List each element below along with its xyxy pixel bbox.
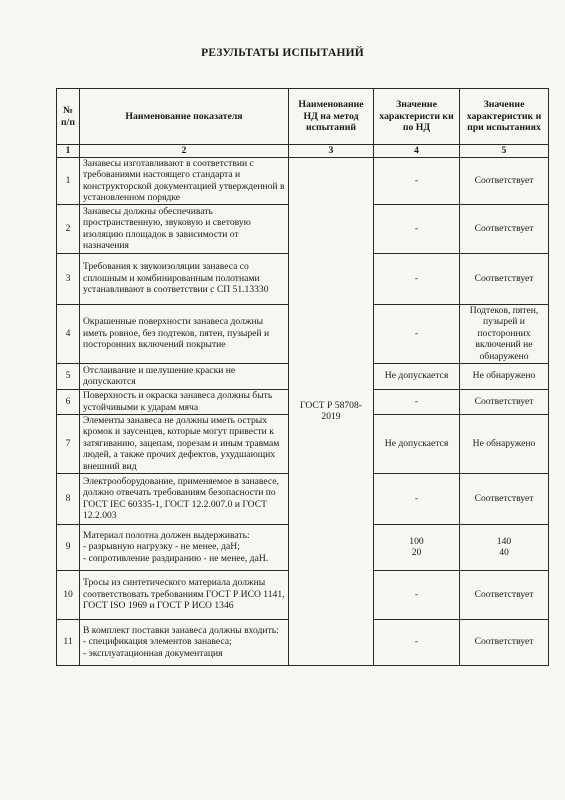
indicator-name: Электрооборудование, применяемое в занав…	[80, 473, 289, 524]
row-number: 7	[57, 414, 80, 473]
column-number-row: 1 2 3 4 5	[57, 145, 549, 158]
nd-value: -	[374, 570, 460, 619]
row-number: 11	[57, 619, 80, 665]
header-num: № п/п	[57, 89, 80, 145]
method-standard: ГОСТ Р 58708-2019	[289, 157, 374, 665]
indicator-name: Материал полотна должен выдерживать: - р…	[80, 524, 289, 570]
indicator-name: Тросы из синтетического материала должны…	[80, 570, 289, 619]
indicator-name: Занавесы изготавливают в соответствии с …	[80, 157, 289, 204]
column-number: 1	[57, 145, 80, 158]
nd-value: -	[374, 253, 460, 304]
header-indicator: Наименование показателя	[80, 89, 289, 145]
indicator-name: Отслаивание и шелушение краски не допуск…	[80, 363, 289, 389]
nd-value: -	[374, 389, 460, 414]
test-result: Соответствует	[460, 619, 549, 665]
column-number: 2	[80, 145, 289, 158]
indicator-name: В комплект поставки занавеса должны вход…	[80, 619, 289, 665]
row-number: 6	[57, 389, 80, 414]
indicator-name: Поверхность и окраска занавеса должны бы…	[80, 389, 289, 414]
column-number: 3	[289, 145, 374, 158]
test-result: 140 40	[460, 524, 549, 570]
nd-value: 100 20	[374, 524, 460, 570]
column-number: 4	[374, 145, 460, 158]
header-nd-value: Значение характеристи ки по НД	[374, 89, 460, 145]
test-result: Соответствует	[460, 204, 549, 253]
header-test-value: Значение характеристик и при испытаниях	[460, 89, 549, 145]
row-number: 8	[57, 473, 80, 524]
test-result: Не обнаружено	[460, 414, 549, 473]
indicator-name: Требования к звукоизоляции занавеса со с…	[80, 253, 289, 304]
header-row: № п/п Наименование показателя Наименован…	[57, 89, 549, 145]
indicator-name: Занавесы должны обеспечивать пространств…	[80, 204, 289, 253]
nd-value: -	[374, 619, 460, 665]
page-title: РЕЗУЛЬТАТЫ ИСПЫТАНИЙ	[0, 47, 565, 59]
nd-value: -	[374, 473, 460, 524]
nd-value: -	[374, 204, 460, 253]
row-number: 5	[57, 363, 80, 389]
row-number: 10	[57, 570, 80, 619]
test-result: Соответствует	[460, 253, 549, 304]
test-result: Соответствует	[460, 473, 549, 524]
row-number: 9	[57, 524, 80, 570]
test-results-table: № п/п Наименование показателя Наименован…	[56, 88, 549, 666]
nd-value: Не допускается	[374, 414, 460, 473]
indicator-name: Элементы занавеса не должны иметь острых…	[80, 414, 289, 473]
nd-value: -	[374, 157, 460, 204]
test-result: Соответствует	[460, 570, 549, 619]
row-number: 1	[57, 157, 80, 204]
row-number: 3	[57, 253, 80, 304]
table-row: 1Занавесы изготавливают в соответствии с…	[57, 157, 549, 204]
column-number: 5	[460, 145, 549, 158]
header-method: Наименование НД на метод испытаний	[289, 89, 374, 145]
nd-value: -	[374, 304, 460, 363]
nd-value: Не допускается	[374, 363, 460, 389]
test-result: Соответствует	[460, 157, 549, 204]
test-result: Соответствует	[460, 389, 549, 414]
table-body: 1Занавесы изготавливают в соответствии с…	[57, 157, 549, 665]
test-result: Не обнаружено	[460, 363, 549, 389]
indicator-name: Окрашенные поверхности занавеса должны и…	[80, 304, 289, 363]
row-number: 2	[57, 204, 80, 253]
test-result: Подтеков, пятен, пузырей и посторонних в…	[460, 304, 549, 363]
row-number: 4	[57, 304, 80, 363]
